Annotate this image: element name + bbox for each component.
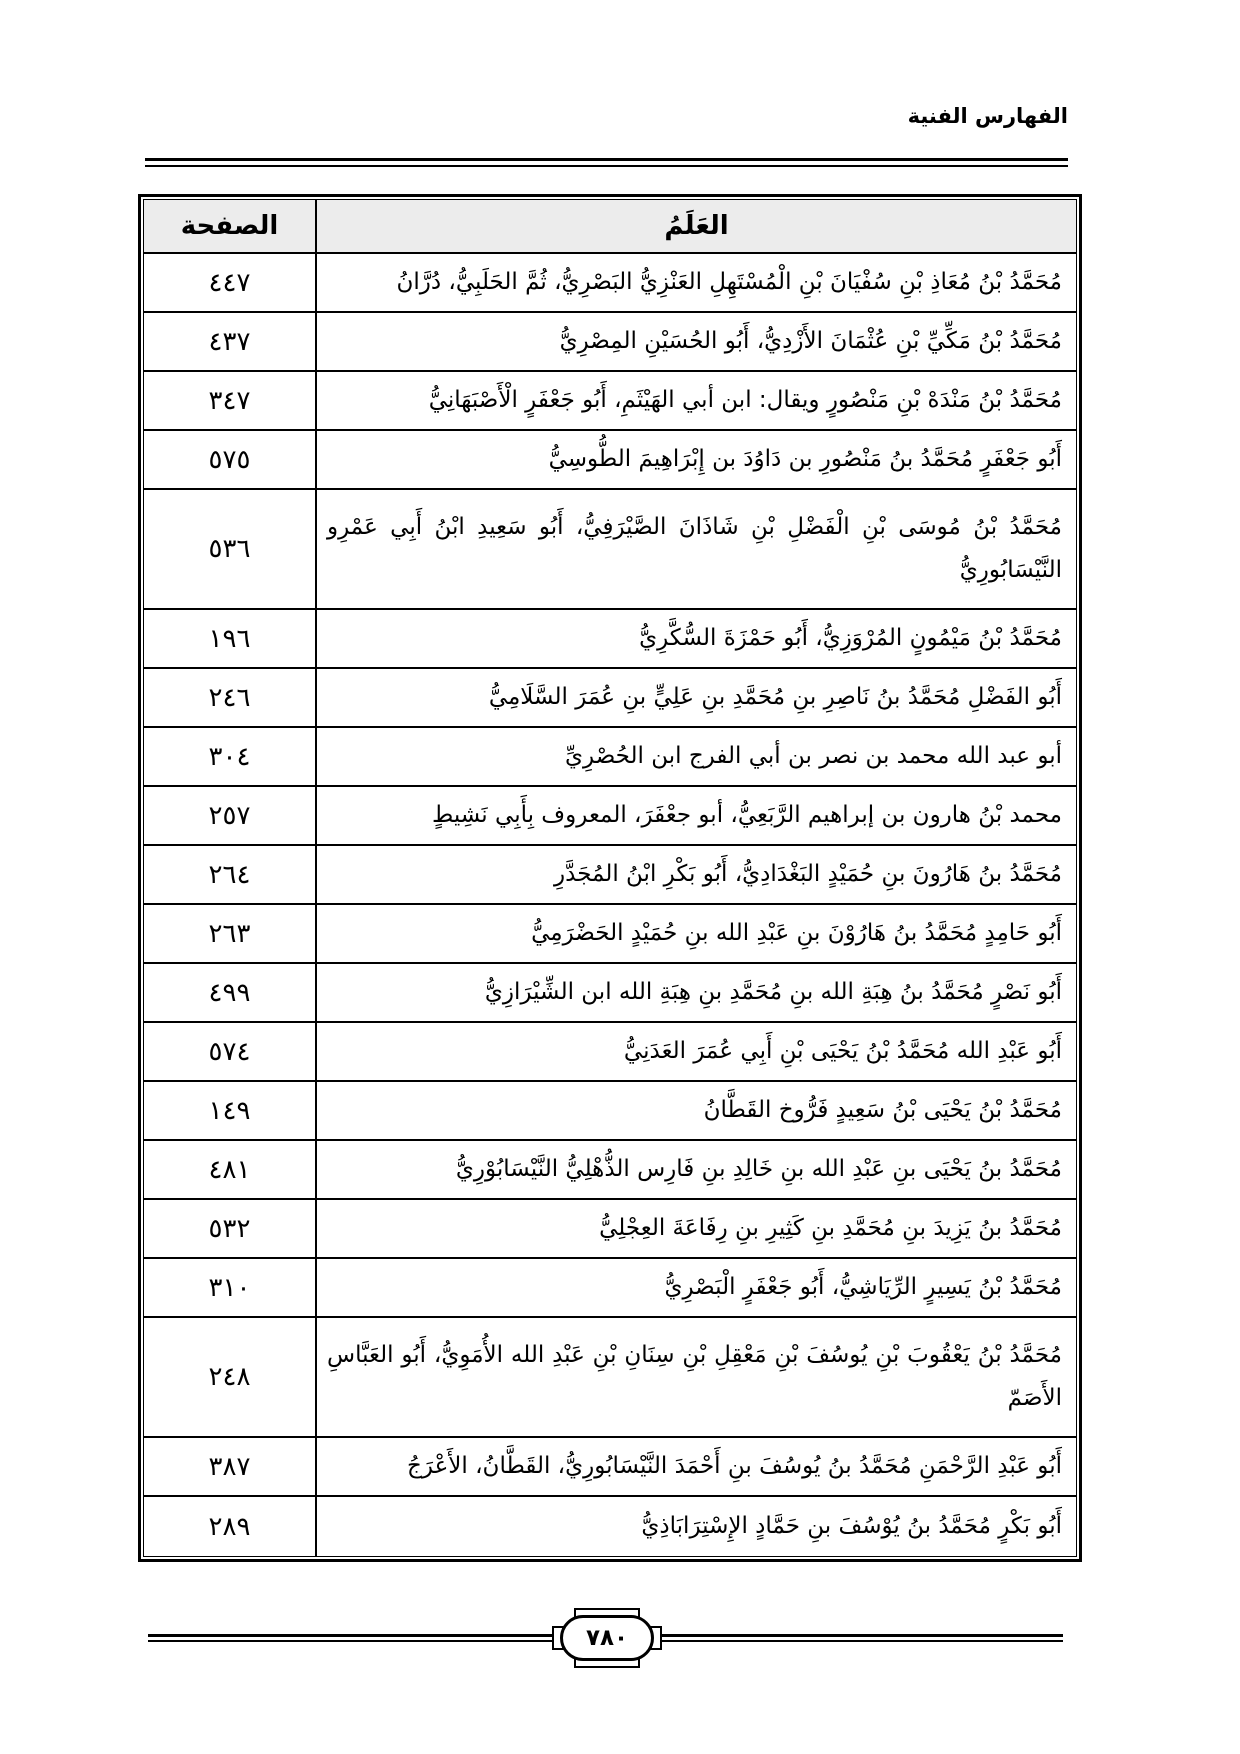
name-cell: أَبُو عَبْدِ الرَّحْمَنِ مُحَمَّدُ بنُ ي… bbox=[317, 1438, 1076, 1495]
name-text: مُحَمَّدُ بْنُ مُوسَى بْنِ الْفَضْلِ بْن… bbox=[327, 506, 1062, 591]
page-number-cell: ٤٣٧ bbox=[144, 313, 317, 370]
table-row: ٥٧٤أَبُو عَبْدِ الله مُحَمَّدُ بْنُ يَحْ… bbox=[144, 1023, 1076, 1082]
table-row: ٢٦٣أَبُو حَامِدٍ مُحَمَّدُ بنُ هَارُوْنَ… bbox=[144, 905, 1076, 964]
page-number-cell: ٣٨٧ bbox=[144, 1438, 317, 1495]
table-row: ١٩٦مُحَمَّدُ بْنُ مَيْمُونٍ المُرْوَزِيُ… bbox=[144, 610, 1076, 669]
table-row: ٤٨١مُحَمَّدُ بنُ يَحْيَى بنِ عَبْدِ الله… bbox=[144, 1141, 1076, 1200]
name-text: أَبُو عَبْدِ الله مُحَمَّدُ بْنُ يَحْيَى… bbox=[327, 1030, 1062, 1073]
name-cell: مُحَمَّدُ بنُ هَارُونَ بنِ حُمَيْدٍ البَ… bbox=[317, 846, 1076, 903]
page-number-cell: ١٤٩ bbox=[144, 1082, 317, 1139]
page-number-cell: ٣٤٧ bbox=[144, 372, 317, 429]
table-row: ٢٥٧محمد بْنُ هارون بن إبراهيم الرَّبَعِي… bbox=[144, 787, 1076, 846]
page-number-cell: ٢٤٦ bbox=[144, 669, 317, 726]
page-number-cell: ٣١٠ bbox=[144, 1259, 317, 1316]
name-text: أَبُو جَعْفَرٍ مُحَمَّدُ بنُ مَنْصُورِ ب… bbox=[327, 438, 1062, 481]
table-row: ٥٧٥أَبُو جَعْفَرٍ مُحَمَّدُ بنُ مَنْصُور… bbox=[144, 431, 1076, 490]
name-cell: مُحَمَّدُ بْنُ مُعَاذِ بْنِ سُفْيَانَ بْ… bbox=[317, 254, 1076, 311]
page-number-cartouche: ٧٨٠ bbox=[552, 1608, 662, 1668]
name-text: أَبُو حَامِدٍ مُحَمَّدُ بنُ هَارُوْنَ بن… bbox=[327, 912, 1062, 955]
header-double-rule bbox=[145, 158, 1068, 167]
name-cell: محمد بْنُ هارون بن إبراهيم الرَّبَعِيُّ،… bbox=[317, 787, 1076, 844]
page-number-cell: ٥٣٢ bbox=[144, 1200, 317, 1257]
page-number-cell: ٢٨٩ bbox=[144, 1497, 317, 1556]
name-cell: أَبُو عَبْدِ الله مُحَمَّدُ بْنُ يَحْيَى… bbox=[317, 1023, 1076, 1080]
page-number-cell: ٤٨١ bbox=[144, 1141, 317, 1198]
index-table-inner-border: الصفحة العَلَمُ ٤٤٧مُحَمَّدُ بْنُ مُعَاذ… bbox=[143, 199, 1077, 1557]
name-cell: مُحَمَّدُ بْنُ يَسِيرٍ الرِّيَاشِيُّ، أَ… bbox=[317, 1259, 1076, 1316]
page-number-cell: ٢٦٣ bbox=[144, 905, 317, 962]
table-row: ٤٩٩أَبُو نَصْرٍ مُحَمَّدُ بنُ هِبَةِ الل… bbox=[144, 964, 1076, 1023]
name-cell: مُحَمَّدُ بنُ يَحْيَى بنِ عَبْدِ الله بن… bbox=[317, 1141, 1076, 1198]
name-cell: مُحَمَّدُ بْنُ مَيْمُونٍ المُرْوَزِيُّ، … bbox=[317, 610, 1076, 667]
name-text: محمد بْنُ هارون بن إبراهيم الرَّبَعِيُّ،… bbox=[327, 794, 1062, 837]
table-row: ٢٤٦أَبُو الفَضْلِ مُحَمَّدُ بنُ نَاصِرِ … bbox=[144, 669, 1076, 728]
running-head-title: الفهارس الفنية bbox=[908, 104, 1068, 128]
page-number-cell: ٥٧٤ bbox=[144, 1023, 317, 1080]
page-number-cell: ٢٤٨ bbox=[144, 1318, 317, 1436]
name-cell: مُحَمَّدُ بْنُ يَحْيَى بْنُ سَعِيدٍ فَرُ… bbox=[317, 1082, 1076, 1139]
table-row: ٣٤٧مُحَمَّدُ بْنُ مَنْدَهْ بْنِ مَنْصُور… bbox=[144, 372, 1076, 431]
name-text: أَبُو عَبْدِ الرَّحْمَنِ مُحَمَّدُ بنُ ي… bbox=[327, 1445, 1062, 1488]
table-row: ٣٨٧أَبُو عَبْدِ الرَّحْمَنِ مُحَمَّدُ بن… bbox=[144, 1438, 1076, 1497]
table-row: ٥٣٢مُحَمَّدُ بنُ يَزِيدَ بنِ مُحَمَّدِ ب… bbox=[144, 1200, 1076, 1259]
name-text: مُحَمَّدُ بنُ يَزِيدَ بنِ مُحَمَّدِ بنِ … bbox=[327, 1207, 1062, 1250]
name-text: مُحَمَّدُ بنُ يَحْيَى بنِ عَبْدِ الله بن… bbox=[327, 1148, 1062, 1191]
page-number-cell: ٢٦٤ bbox=[144, 846, 317, 903]
book-page: الفهارس الفنية الصفحة العَلَمُ ٤٤٧مُحَمَ… bbox=[0, 0, 1240, 1754]
name-text: مُحَمَّدُ بْنُ مَيْمُونٍ المُرْوَزِيُّ، … bbox=[327, 617, 1062, 660]
name-cell: أبو عبد الله محمد بن نصر بن أبي الفرج اب… bbox=[317, 728, 1076, 785]
name-text: مُحَمَّدُ بْنُ مَنْدَهْ بْنِ مَنْصُورٍ و… bbox=[327, 379, 1062, 422]
name-cell: مُحَمَّدُ بْنُ يَعْقُوبَ بْنِ يُوسُفَ بْ… bbox=[317, 1318, 1076, 1436]
table-row: ٢٦٤مُحَمَّدُ بنُ هَارُونَ بنِ حُمَيْدٍ ا… bbox=[144, 846, 1076, 905]
name-cell: مُحَمَّدُ بْنُ مَكِّيِّ بْنِ عُثْمَانَ ا… bbox=[317, 313, 1076, 370]
name-text: أبو عبد الله محمد بن نصر بن أبي الفرج اب… bbox=[327, 735, 1062, 778]
name-text: مُحَمَّدُ بْنُ يَسِيرٍ الرِّيَاشِيُّ، أَ… bbox=[327, 1266, 1062, 1309]
page-number-cell: ٥٧٥ bbox=[144, 431, 317, 488]
column-header-page: الصفحة bbox=[144, 200, 317, 252]
page-number-cell: ٤٩٩ bbox=[144, 964, 317, 1021]
table-row: ٢٨٩أَبُو بَكْرٍ مُحَمَّدُ بنُ يُوْسُفَ ب… bbox=[144, 1497, 1076, 1556]
name-cell: أَبُو بَكْرٍ مُحَمَّدُ بنُ يُوْسُفَ بنِ … bbox=[317, 1497, 1076, 1556]
page-number-cell: ٢٥٧ bbox=[144, 787, 317, 844]
table-row: ٥٣٦مُحَمَّدُ بْنُ مُوسَى بْنِ الْفَضْلِ … bbox=[144, 490, 1076, 610]
table-body: ٤٤٧مُحَمَّدُ بْنُ مُعَاذِ بْنِ سُفْيَانَ… bbox=[144, 254, 1076, 1556]
page-number-cell: ١٩٦ bbox=[144, 610, 317, 667]
page-number-cell: ٣٠٤ bbox=[144, 728, 317, 785]
name-cell: أَبُو جَعْفَرٍ مُحَمَّدُ بنُ مَنْصُورِ ب… bbox=[317, 431, 1076, 488]
table-header-row: الصفحة العَلَمُ bbox=[144, 200, 1076, 254]
table-row: ٣٠٤أبو عبد الله محمد بن نصر بن أبي الفرج… bbox=[144, 728, 1076, 787]
name-cell: مُحَمَّدُ بْنُ مُوسَى بْنِ الْفَضْلِ بْن… bbox=[317, 490, 1076, 608]
name-text: أَبُو بَكْرٍ مُحَمَّدُ بنُ يُوْسُفَ بنِ … bbox=[327, 1505, 1062, 1548]
name-cell: أَبُو نَصْرٍ مُحَمَّدُ بنُ هِبَةِ الله ب… bbox=[317, 964, 1076, 1021]
name-text: أَبُو الفَضْلِ مُحَمَّدُ بنُ نَاصِرِ بنِ… bbox=[327, 676, 1062, 719]
table-row: ١٤٩مُحَمَّدُ بْنُ يَحْيَى بْنُ سَعِيدٍ ف… bbox=[144, 1082, 1076, 1141]
table-row: ٤٤٧مُحَمَّدُ بْنُ مُعَاذِ بْنِ سُفْيَانَ… bbox=[144, 254, 1076, 313]
index-table: الصفحة العَلَمُ ٤٤٧مُحَمَّدُ بْنُ مُعَاذ… bbox=[138, 194, 1082, 1562]
name-text: مُحَمَّدُ بْنُ يَعْقُوبَ بْنِ يُوسُفَ بْ… bbox=[327, 1334, 1062, 1419]
name-cell: أَبُو الفَضْلِ مُحَمَّدُ بنُ نَاصِرِ بنِ… bbox=[317, 669, 1076, 726]
name-text: مُحَمَّدُ بْنُ يَحْيَى بْنُ سَعِيدٍ فَرُ… bbox=[327, 1089, 1062, 1132]
column-header-name: العَلَمُ bbox=[317, 200, 1076, 252]
name-cell: أَبُو حَامِدٍ مُحَمَّدُ بنُ هَارُوْنَ بن… bbox=[317, 905, 1076, 962]
table-row: ٢٤٨مُحَمَّدُ بْنُ يَعْقُوبَ بْنِ يُوسُفَ… bbox=[144, 1318, 1076, 1438]
page-number-cell: ٥٣٦ bbox=[144, 490, 317, 608]
name-cell: مُحَمَّدُ بْنُ مَنْدَهْ بْنِ مَنْصُورٍ و… bbox=[317, 372, 1076, 429]
table-row: ٤٣٧مُحَمَّدُ بْنُ مَكِّيِّ بْنِ عُثْمَان… bbox=[144, 313, 1076, 372]
name-text: مُحَمَّدُ بْنُ مَكِّيِّ بْنِ عُثْمَانَ ا… bbox=[327, 320, 1062, 363]
page-number-cell: ٤٤٧ bbox=[144, 254, 317, 311]
table-row: ٣١٠مُحَمَّدُ بْنُ يَسِيرٍ الرِّيَاشِيُّ،… bbox=[144, 1259, 1076, 1318]
name-text: مُحَمَّدُ بْنُ مُعَاذِ بْنِ سُفْيَانَ بْ… bbox=[327, 261, 1062, 304]
name-text: أَبُو نَصْرٍ مُحَمَّدُ بنُ هِبَةِ الله ب… bbox=[327, 971, 1062, 1014]
name-cell: مُحَمَّدُ بنُ يَزِيدَ بنِ مُحَمَّدِ بنِ … bbox=[317, 1200, 1076, 1257]
footer-page-number: ٧٨٠ bbox=[560, 1615, 654, 1661]
name-text: مُحَمَّدُ بنُ هَارُونَ بنِ حُمَيْدٍ البَ… bbox=[327, 853, 1062, 896]
